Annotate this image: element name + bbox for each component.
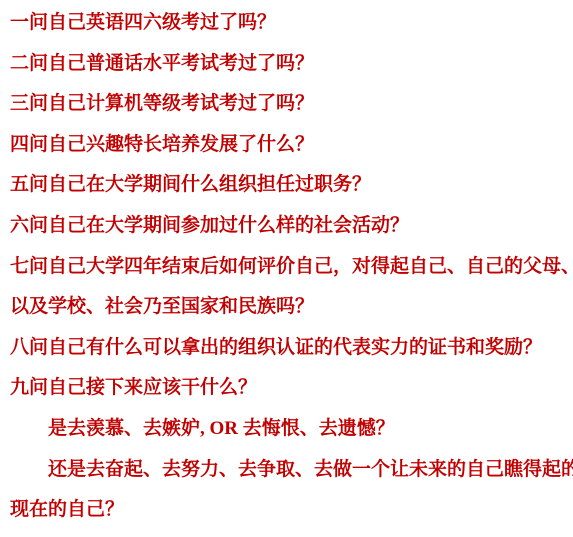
question-line-5: 五问自己在大学期间什么组织担任过职务？ (10, 165, 569, 206)
closing-line-2a: 还是去奋起、去努力、去争取、去做一个让未来的自己瞧得起的 (10, 450, 569, 491)
question-line-7a: 七问自己大学四年结束后如何评价自己，对得起自己、自己的父母、 (10, 247, 569, 288)
question-line-7b: 以及学校、社会乃至国家和民族吗？ (10, 287, 569, 328)
question-line-4: 四问自己兴趣特长培养发展了什么？ (10, 125, 569, 166)
document-page: 一问自己英语四六级考过了吗？ 二问自己普通话水平考试考过了吗？ 三问自己计算机等… (0, 0, 573, 537)
question-line-9: 九问自己接下来应该干什么？ (10, 368, 569, 409)
question-line-2: 二问自己普通话水平考试考过了吗？ (10, 44, 569, 85)
question-line-6: 六问自己在大学期间参加过什么样的社会活动？ (10, 206, 569, 247)
question-line-8: 八问自己有什么可以拿出的组织认证的代表实力的证书和奖励？ (10, 328, 569, 369)
closing-line-1: 是去羡慕、去嫉妒, OR 去悔恨、去遗憾？ (10, 409, 569, 450)
question-line-3: 三问自己计算机等级考试考过了吗？ (10, 84, 569, 125)
closing-line-2b: 现在的自己？ (10, 490, 569, 531)
question-line-1: 一问自己英语四六级考过了吗？ (10, 3, 569, 44)
